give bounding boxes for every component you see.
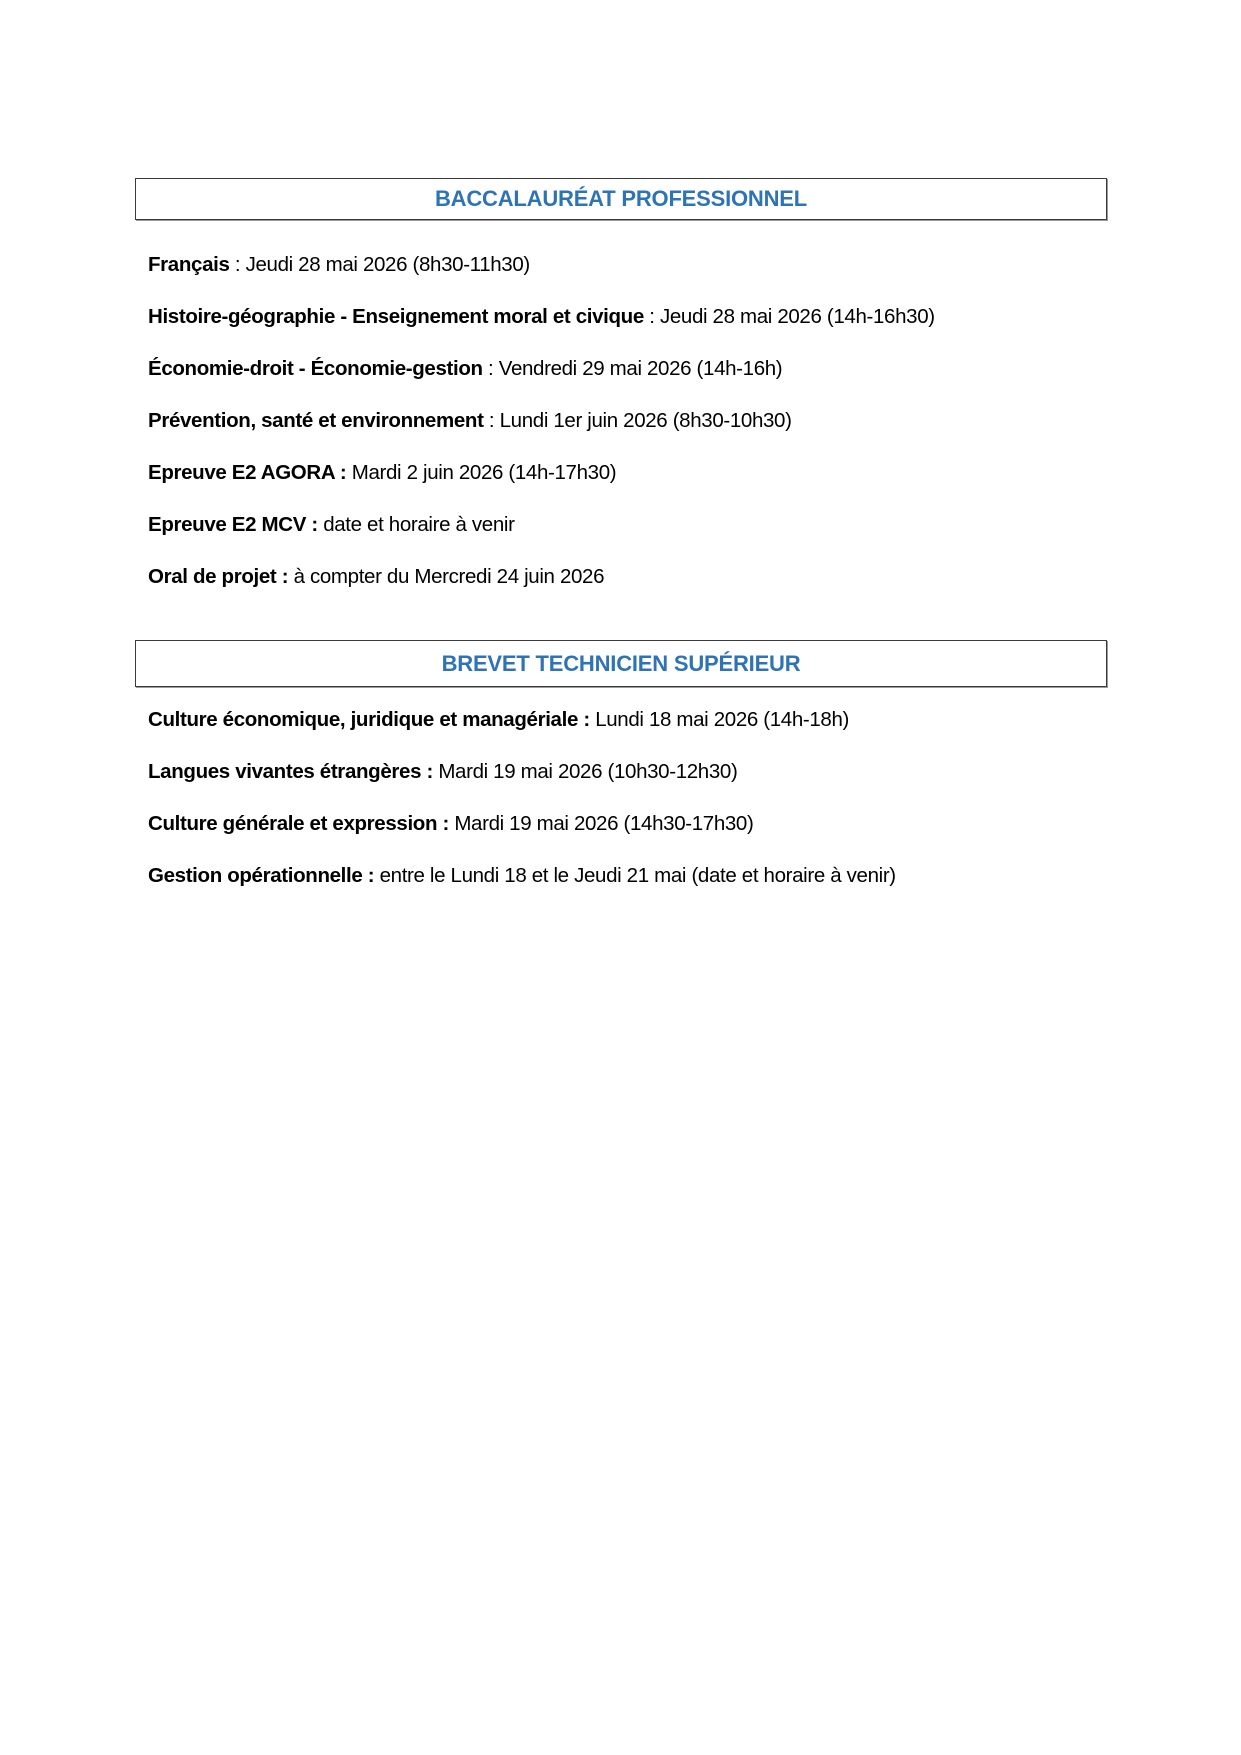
exam-subject: Économie-droit - Économie-gestion (148, 357, 483, 380)
section-header-bac-pro: BACCALAURÉAT PROFESSIONNEL (135, 178, 1107, 220)
exam-entry: Économie-droit - Économie-gestion : Vend… (148, 355, 935, 407)
exam-subject: Prévention, santé et environnement (148, 409, 484, 432)
exam-subject: Oral de projet : (148, 565, 288, 588)
exam-entry: Epreuve E2 MCV : date et horaire à venir (148, 511, 935, 563)
exam-subject: Français (148, 253, 230, 276)
exam-date: Mardi 19 mai 2026 (14h30-17h30) (454, 812, 753, 835)
exam-date: à compter du Mercredi 24 juin 2026 (294, 565, 605, 588)
exam-entry: Prévention, santé et environnement : Lun… (148, 407, 935, 459)
exam-list-bac-pro: Français : Jeudi 28 mai 2026 (8h30-11h30… (148, 251, 935, 615)
exam-entry: Langues vivantes étrangères : Mardi 19 m… (148, 758, 896, 810)
separator: : (644, 305, 660, 328)
exam-date: entre le Lundi 18 et le Jeudi 21 mai (da… (380, 864, 896, 887)
exam-list-bts: Culture économique, juridique et managér… (148, 706, 896, 914)
exam-date: Lundi 1er juin 2026 (8h30-10h30) (500, 409, 792, 432)
section-header-bts: BREVET TECHNICIEN SUPÉRIEUR (135, 640, 1107, 687)
exam-subject: Gestion opérationnelle : (148, 864, 374, 887)
separator: : (230, 253, 246, 276)
exam-subject: Histoire-géographie - Enseignement moral… (148, 305, 644, 328)
exam-entry: Epreuve E2 AGORA : Mardi 2 juin 2026 (14… (148, 459, 935, 511)
section-title: BREVET TECHNICIEN SUPÉRIEUR (442, 651, 801, 677)
exam-date: Lundi 18 mai 2026 (14h-18h) (595, 708, 849, 731)
exam-entry: Oral de projet : à compter du Mercredi 2… (148, 563, 935, 615)
separator: : (483, 357, 499, 380)
section-title: BACCALAURÉAT PROFESSIONNEL (435, 186, 807, 212)
exam-subject: Culture générale et expression : (148, 812, 449, 835)
exam-entry: Histoire-géographie - Enseignement moral… (148, 303, 935, 355)
exam-entry: Français : Jeudi 28 mai 2026 (8h30-11h30… (148, 251, 935, 303)
exam-date: Mardi 19 mai 2026 (10h30-12h30) (438, 760, 737, 783)
exam-date: Vendredi 29 mai 2026 (14h-16h) (499, 357, 783, 380)
exam-subject: Epreuve E2 MCV : (148, 513, 318, 536)
exam-subject: Langues vivantes étrangères : (148, 760, 433, 783)
exam-date: date et horaire à venir (323, 513, 514, 536)
separator: : (484, 409, 500, 432)
exam-entry: Culture générale et expression : Mardi 1… (148, 810, 896, 862)
exam-date: Mardi 2 juin 2026 (14h-17h30) (352, 461, 617, 484)
exam-entry: Gestion opérationnelle : entre le Lundi … (148, 862, 896, 914)
exam-date: Jeudi 28 mai 2026 (8h30-11h30) (246, 253, 530, 276)
exam-date: Jeudi 28 mai 2026 (14h-16h30) (660, 305, 935, 328)
exam-subject: Epreuve E2 AGORA : (148, 461, 346, 484)
exam-entry: Culture économique, juridique et managér… (148, 706, 896, 758)
exam-subject: Culture économique, juridique et managér… (148, 708, 590, 731)
